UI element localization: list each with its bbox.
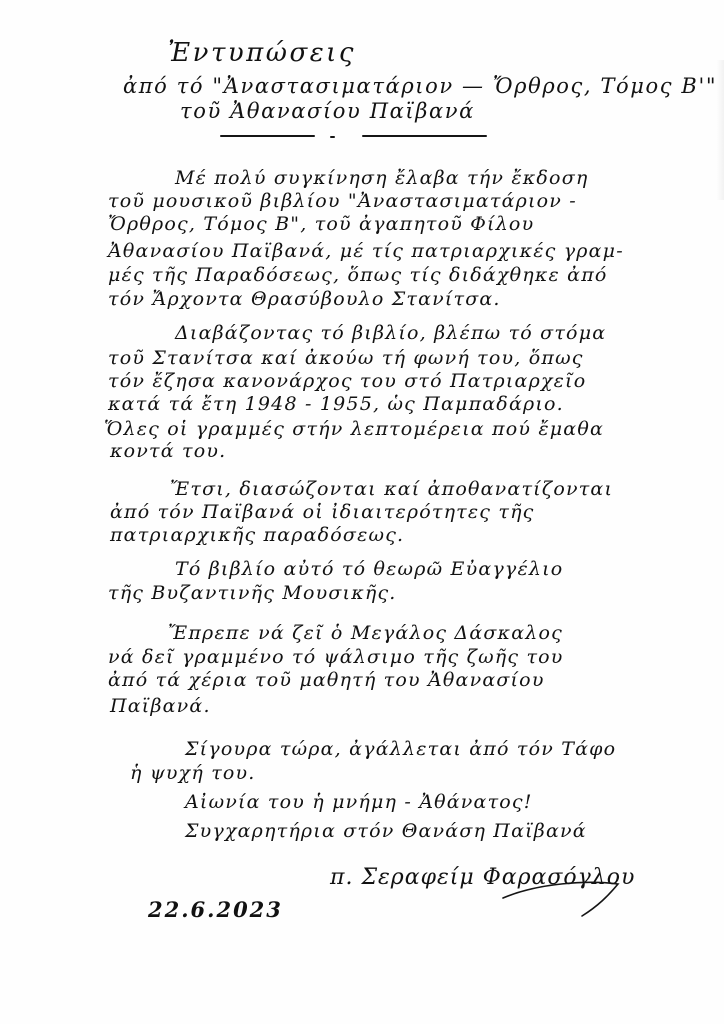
page-edge-shadow	[716, 60, 724, 200]
body-line: Τό βιβλίο αὐτό τό θεωρῶ Εὐαγγέλιο	[175, 558, 563, 580]
closing-line: Αἰωνία του ἡ μνήμη - Ἀθάνατος!	[185, 791, 533, 813]
body-line: τόν ἔζησα κανονάρχος του στό Πατριαρχεῖο	[108, 370, 586, 392]
body-line: Σίγουρα τώρα, ἀγάλλεται ἀπό τόν Τάφο	[185, 738, 616, 760]
title-underline	[220, 135, 315, 137]
body-line: τῆς Βυζαντινῆς Μουσικῆς.	[108, 582, 397, 604]
body-line: τόν Ἄρχοντα Θρασύβουλο Στανίτσα.	[108, 288, 501, 310]
body-line: πατριαρχικῆς παραδόσεως.	[110, 524, 404, 546]
body-line: Μέ πολύ συγκίνηση ἔλαβα τήν ἔκδοση	[175, 167, 588, 189]
body-line: ἀπό τόν Παϊβανά οἱ ἰδιαιτερότητες τῆς	[110, 501, 535, 523]
signature-flourish	[498, 878, 628, 918]
letter-date: 22.6.2023	[148, 897, 283, 922]
body-line: Ὅλες οἱ γραμμές στήν λεπτομέρεια πού ἔμα…	[104, 418, 604, 440]
body-line: Ἀθανασίου Παϊβανά, μέ τίς πατριαρχικές γ…	[108, 240, 624, 262]
body-line: μές τῆς Παραδόσεως, ὅπως τίς διδάχθηκε ἀ…	[108, 264, 608, 286]
body-line: τοῦ Στανίτσα καί ἀκούω τή φωνή του, ὅπως	[108, 347, 584, 369]
body-line: κατά τά ἔτη 1948 - 1955, ὡς Παμπαδάριο.	[108, 393, 564, 415]
title-underline-dot	[330, 136, 335, 138]
body-line: Διαβάζοντας τό βιβλίο, βλέπω τό στόμα	[175, 322, 606, 344]
title-author: τοῦ Ἀθανασίου Παϊβανά	[180, 100, 475, 122]
body-line: ἡ ψυχή του.	[130, 762, 256, 784]
body-line: Ἔτσι, διασώζονται καί ἀποθανατίζονται	[170, 478, 613, 500]
body-line: ἀπό τά χέρια τοῦ μαθητή του Ἀθανασίου	[108, 669, 545, 691]
body-line: κοντά του.	[110, 440, 226, 462]
title-book-name: ἀπό τό "Ἀναστασιματάριον — Ὄρθρος, Τόμος…	[123, 75, 717, 97]
body-line: τοῦ μουσικοῦ βιβλίου "Ἀναστασιματάριον -	[108, 190, 577, 212]
title-heading: Ἐντυπώσεις	[168, 42, 356, 64]
body-line: νά δεῖ γραμμένο τό ψάλσιμο τῆς ζωῆς του	[108, 646, 564, 668]
title-underline	[362, 135, 487, 137]
body-line: Ἔπρεπε νά ζεῖ ὁ Μεγάλος Δάσκαλος	[168, 622, 563, 644]
closing-line: Συγχαρητήρια στόν Θανάση Παϊβανά	[185, 820, 587, 842]
letter-page: Ἐντυπώσεις ἀπό τό "Ἀναστασιματάριον — Ὄρ…	[0, 0, 724, 1024]
body-line: Παϊβανά.	[110, 695, 211, 717]
body-line: Ὄρθρος, Τόμος Β", τοῦ ἀγαπητοῦ Φίλου	[108, 213, 534, 235]
